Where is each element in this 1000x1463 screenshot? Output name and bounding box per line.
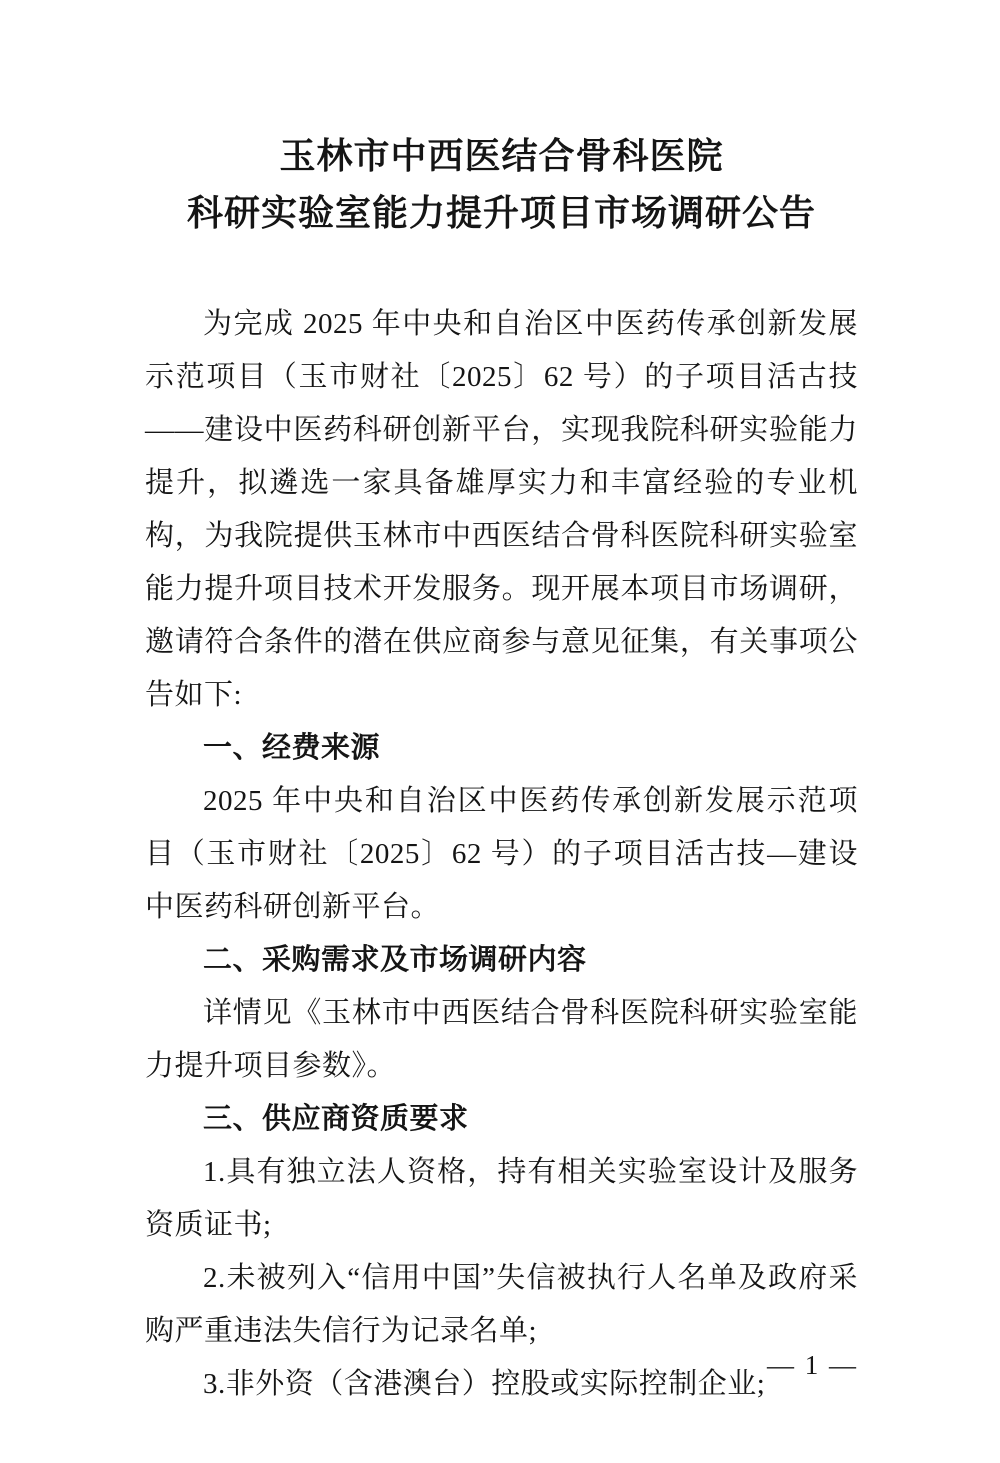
document-title-line2: 科研实验室能力提升项目市场调研公告 xyxy=(145,185,858,242)
procurement-requirements-paragraph: 详情见《玉林市中西医结合骨科医院科研实验室能力提升项目参数》。 xyxy=(145,987,858,1093)
section-heading-supplier-qualifications: 三、供应商资质要求 xyxy=(145,1093,858,1146)
document-page: 玉林市中西医结合骨科医院 科研实验室能力提升项目市场调研公告 为完成 2025 … xyxy=(0,0,1000,1463)
document-title-line1: 玉林市中西医结合骨科医院 xyxy=(145,128,858,185)
intro-paragraph: 为完成 2025 年中央和自治区中医药传承创新发展示范项目（玉市财社〔2025〕… xyxy=(145,298,858,722)
qualification-item-3: 3.非外资（含港澳台）控股或实际控制企业; xyxy=(145,1358,858,1411)
funding-source-paragraph: 2025 年中央和自治区中医药传承创新发展示范项目（玉市财社〔2025〕62 号… xyxy=(145,775,858,934)
section-heading-procurement-requirements: 二、采购需求及市场调研内容 xyxy=(145,934,858,987)
qualification-item-2: 2.未被列入“信用中国”失信被执行人名单及政府采购严重违法失信行为记录名单; xyxy=(145,1252,858,1358)
page-number: — 1 — xyxy=(767,1350,858,1381)
document-title: 玉林市中西医结合骨科医院 科研实验室能力提升项目市场调研公告 xyxy=(145,128,858,242)
document-body: 为完成 2025 年中央和自治区中医药传承创新发展示范项目（玉市财社〔2025〕… xyxy=(145,298,858,1411)
section-heading-funding-source: 一、经费来源 xyxy=(145,722,858,775)
qualification-item-1: 1.具有独立法人资格，持有相关实验室设计及服务资质证书; xyxy=(145,1146,858,1252)
